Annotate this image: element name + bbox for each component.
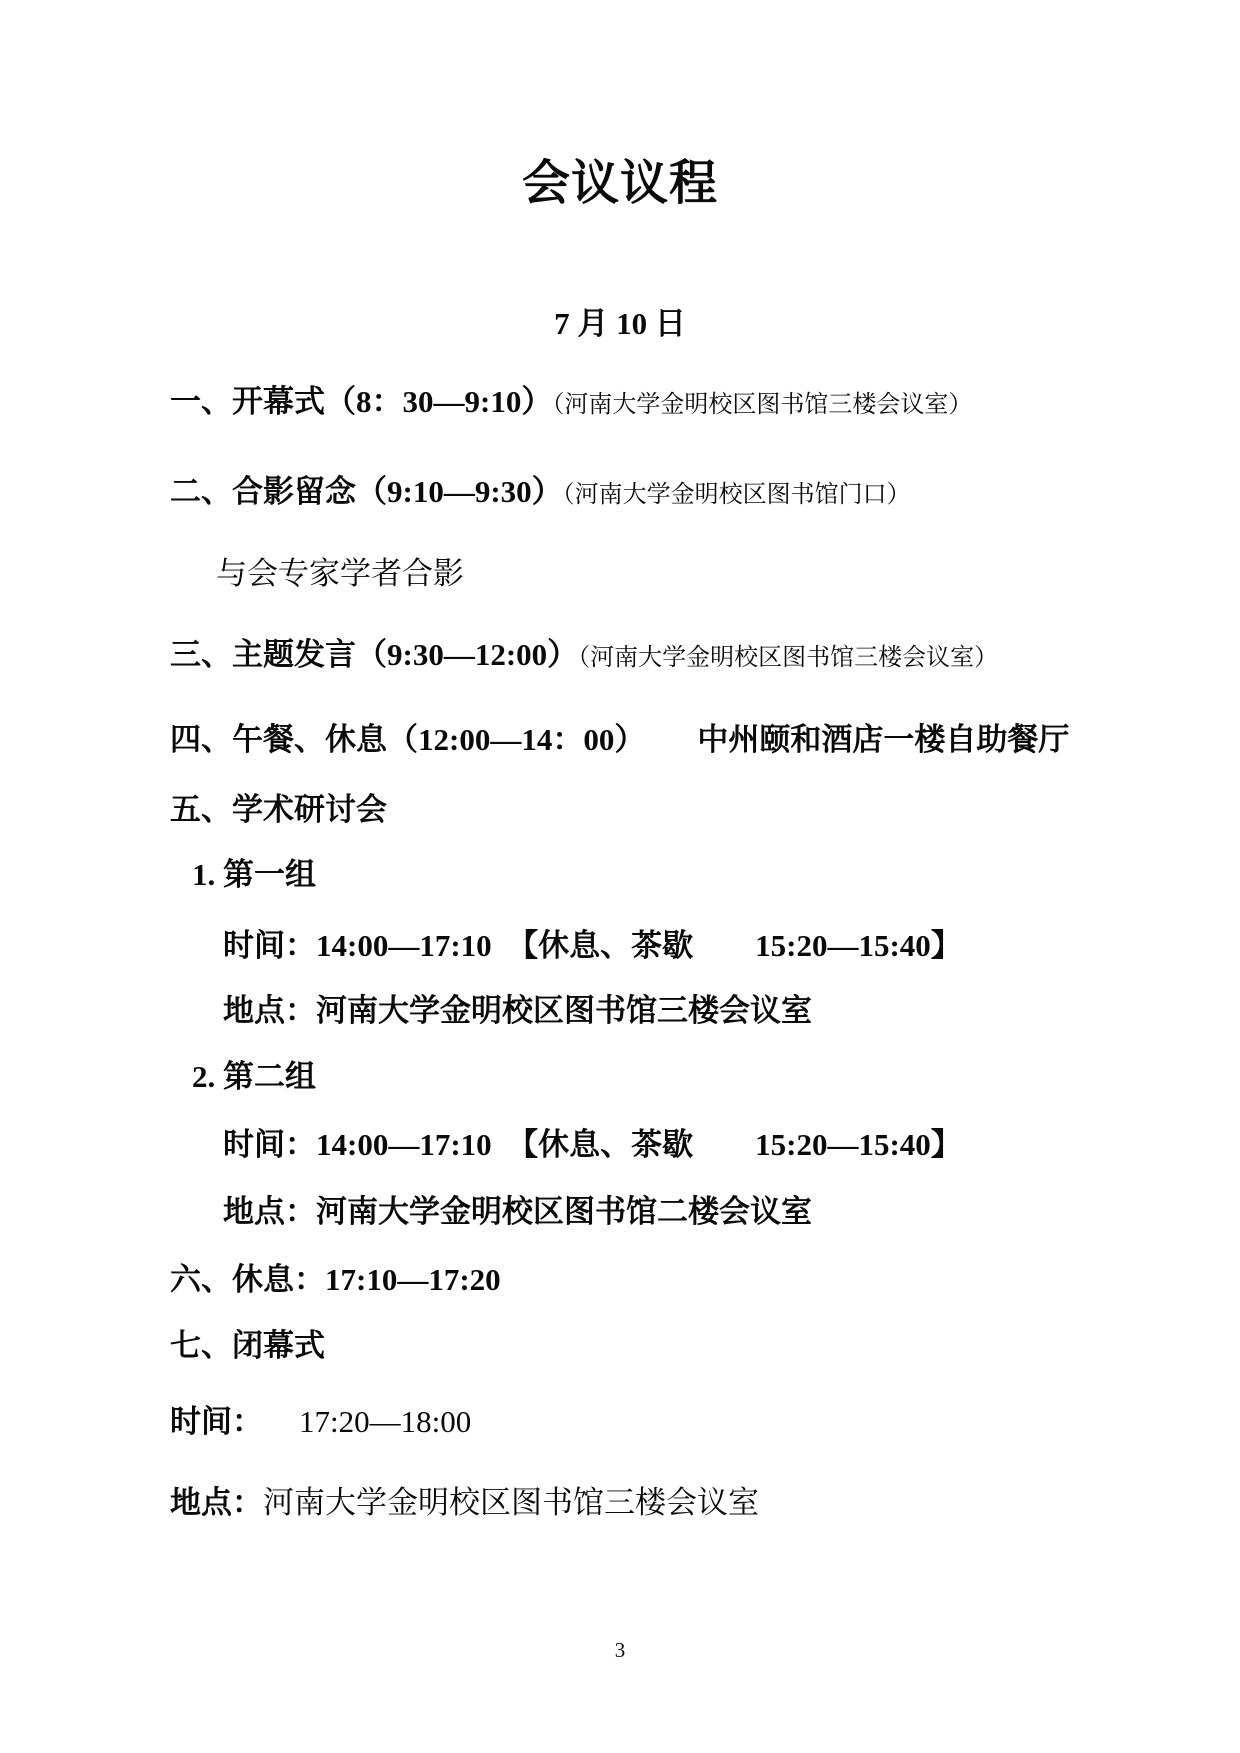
agenda-item-location-note: （河南大学金明校区图书馆三楼会议室）	[552, 392, 972, 418]
closing-location-value: 河南大学金明校区图书馆三楼会议室	[263, 1485, 759, 1520]
agenda-item-location-note: （河南大学金明校区图书馆门口）	[563, 482, 911, 508]
agenda-item-keynote: 三、主题发言（9:30—12:00）（河南大学金明校区图书馆三楼会议室）	[170, 639, 1070, 674]
agenda-subitem-group1: 1. 第一组	[170, 859, 1070, 890]
agenda-subitem-group2: 2. 第二组	[170, 1061, 1070, 1092]
agenda-item-text: 2. 第二组	[192, 1059, 316, 1094]
agenda-item-lunch: 四、午餐、休息（12:00—14：00）中州颐和酒店一楼自助餐厅	[170, 724, 1070, 755]
agenda-group2-location: 地点：河南大学金明校区图书馆二楼会议室	[170, 1196, 1070, 1227]
agenda-item-text: 与会专家学者合影	[216, 556, 464, 591]
agenda-item-text: 地点：河南大学金明校区图书馆二楼会议室	[223, 1194, 812, 1229]
agenda-item-opening: 一、开幕式（8：30—9:10）（河南大学金明校区图书馆三楼会议室）	[170, 386, 1070, 421]
agenda-group1-location: 地点：河南大学金明校区图书馆三楼会议室	[170, 995, 1070, 1026]
page-title: 会议议程	[0, 160, 1240, 208]
agenda-item-text: 五、学术研讨会	[170, 792, 387, 827]
agenda-item-closing: 七、闭幕式	[170, 1330, 1070, 1361]
agenda-item-text: 七、闭幕式	[170, 1328, 325, 1363]
agenda-item-group-photo: 二、合影留念（9:10—9:30）（河南大学金明校区图书馆门口）	[170, 476, 1070, 511]
agenda-subitem-photo-desc: 与会专家学者合影	[170, 558, 1070, 589]
agenda-item-text: 1. 第一组	[192, 857, 316, 892]
agenda-item-break: 六、休息：17:10—17:20	[170, 1264, 1070, 1295]
agenda-item-text: 时间：14:00—17:10 【休息、茶歇 15:20—15:40】	[223, 928, 962, 963]
closing-location-label: 地点：	[170, 1485, 263, 1520]
document-page: 会议议程 7 月 10 日 一、开幕式（8：30—9:10）（河南大学金明校区图…	[0, 0, 1240, 1753]
agenda-item-text: 一、开幕式（8：30—9:10）	[170, 384, 552, 419]
agenda-item-text: 三、主题发言（9:30—12:00）	[170, 637, 578, 672]
closing-location-line: 地点：河南大学金明校区图书馆三楼会议室	[170, 1487, 1070, 1518]
closing-time-label: 时间：	[170, 1404, 263, 1439]
agenda-item-text: 二、合影留念（9:10—9:30）	[170, 474, 563, 509]
date-heading: 7 月 10 日	[0, 308, 1240, 339]
agenda-item-text: 四、午餐、休息（12:00—14：00）	[170, 722, 645, 757]
agenda-item-text: 时间：14:00—17:10 【休息、茶歇 15:20—15:40】	[223, 1127, 962, 1162]
closing-time-line: 时间：17:20—18:00	[170, 1406, 1070, 1437]
agenda-item-location-note: （河南大学金明校区图书馆三楼会议室）	[578, 645, 998, 671]
agenda-item-venue: 中州颐和酒店一楼自助餐厅	[697, 722, 1069, 757]
agenda-group1-time: 时间：14:00—17:10 【休息、茶歇 15:20—15:40】	[170, 930, 1070, 961]
agenda-group2-time: 时间：14:00—17:10 【休息、茶歇 15:20—15:40】	[170, 1129, 1070, 1160]
agenda-list: 一、开幕式（8：30—9:10）（河南大学金明校区图书馆三楼会议室） 二、合影留…	[170, 386, 1070, 1518]
agenda-item-text: 地点：河南大学金明校区图书馆三楼会议室	[223, 993, 812, 1028]
closing-time-value: 17:20—18:00	[299, 1404, 471, 1439]
page-number: 3	[0, 1638, 1240, 1663]
agenda-item-symposium: 五、学术研讨会	[170, 794, 1070, 825]
agenda-item-text: 六、休息：17:10—17:20	[170, 1262, 501, 1297]
